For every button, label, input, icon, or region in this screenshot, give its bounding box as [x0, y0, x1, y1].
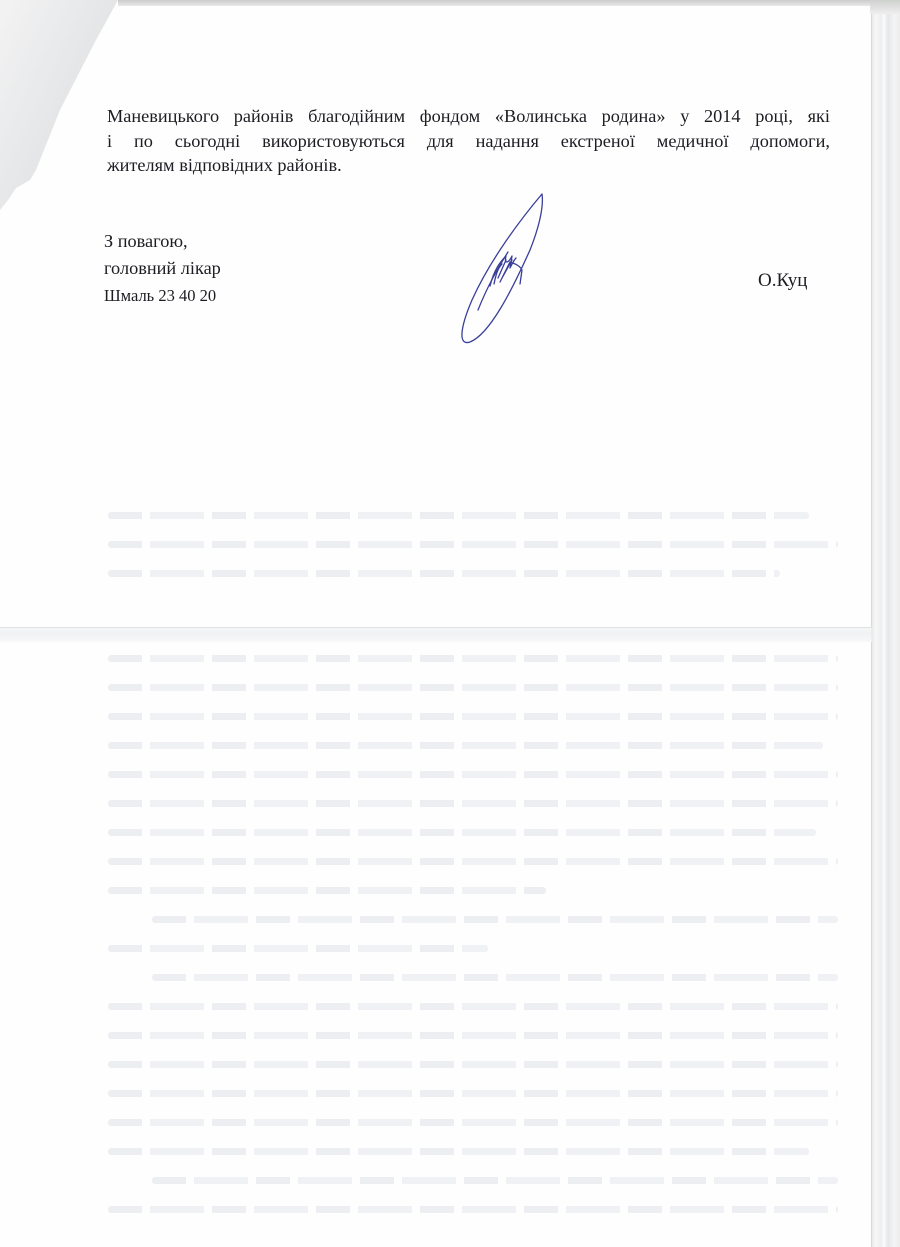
closing-block: З повагою, головний лікар Шмаль 23 40 20 [104, 228, 221, 309]
signer-name: О.Куц [758, 270, 807, 292]
show-through-text-lower [108, 655, 838, 1235]
contact-line: Шмаль 23 40 20 [104, 282, 221, 309]
body-line: Маневицького районів благодійним фондом … [107, 104, 830, 129]
handwritten-signature [450, 190, 570, 350]
paper-stack-edge [871, 0, 900, 1247]
body-line: жителям відповідних районів. [107, 153, 830, 178]
paper-top-edge-corner [870, 0, 900, 14]
salutation: З повагою, [104, 228, 221, 255]
fold-line [0, 628, 872, 642]
paper-top-edge [118, 0, 900, 6]
signer-position: головний лікар [104, 255, 221, 282]
body-line: і по сьогодні використовуються для надан… [107, 129, 830, 154]
body-paragraph: Маневицького районів благодійним фондом … [107, 104, 830, 178]
show-through-text-upper [108, 512, 838, 599]
